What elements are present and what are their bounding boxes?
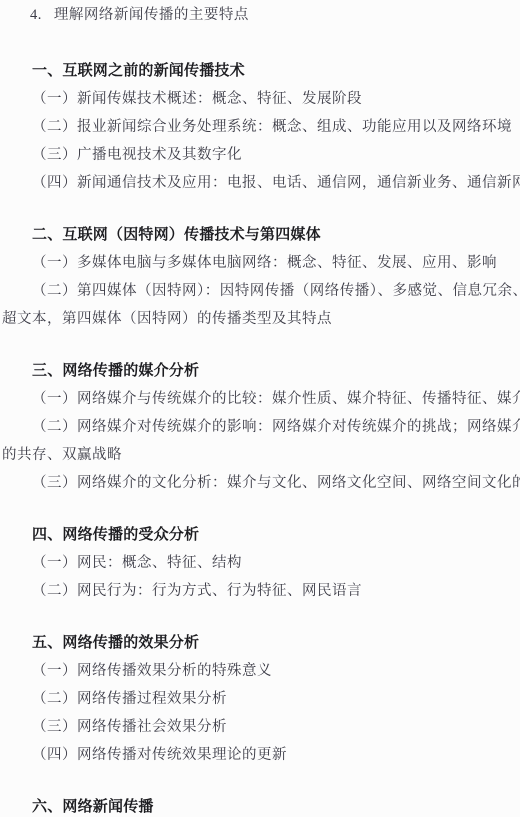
section-1-item-2: （二）报业新闻综合业务处理系统：概念、组成、功能应用以及网络环境	[0, 113, 520, 141]
section-3-title: 三、网络传播的媒介分析	[0, 357, 520, 385]
section-2-item-2-line-2: 超文本，第四媒体（因特网）的传播类型及其特点	[0, 305, 520, 333]
section-1-title: 一、互联网之前的新闻传播技术	[0, 57, 520, 85]
section-5: 五、网络传播的效果分析 （一）网络传播效果分析的特殊意义 （二）网络传播过程效果…	[0, 629, 520, 769]
section-4-item-2: （二）网民行为：行为方式、行为特征、网民语言	[0, 577, 520, 605]
section-4: 四、网络传播的受众分析 （一）网民：概念、特征、结构 （二）网民行为：行为方式、…	[0, 521, 520, 605]
section-6-title: 六、网络新闻传播	[0, 793, 520, 817]
section-5-item-3: （三）网络传播社会效果分析	[0, 713, 520, 741]
section-3: 三、网络传播的媒介分析 （一）网络媒介与传统媒介的比较：媒介性质、媒介特征、传播…	[0, 357, 520, 497]
section-3-item-1: （一）网络媒介与传统媒介的比较：媒介性质、媒介特征、传播特征、媒介功能	[0, 385, 520, 413]
intro-number: 4.	[30, 1, 42, 29]
section-1-item-1: （一）新闻传媒技术概述：概念、特征、发展阶段	[0, 85, 520, 113]
section-6: 六、网络新闻传播	[0, 793, 520, 817]
section-1-item-4: （四）新闻通信技术及应用：电报、电话、通信网，通信新业务、通信新网络	[0, 169, 520, 197]
intro-line: 4.理解网络新闻传播的主要特点	[0, 1, 520, 29]
section-2-item-2-line-1: （二）第四媒体（因特网）：因特网传播（网络传播）、多感觉、信息冗余、超媒体、	[0, 277, 520, 305]
section-3-item-2-line-2: 的共存、双赢战略	[0, 441, 520, 469]
section-3-item-3: （三）网络媒介的文化分析：媒介与文化、网络文化空间、网络空间文化的特征	[0, 469, 520, 497]
section-5-title: 五、网络传播的效果分析	[0, 629, 520, 657]
section-4-title: 四、网络传播的受众分析	[0, 521, 520, 549]
section-5-item-4: （四）网络传播对传统效果理论的更新	[0, 741, 520, 769]
document-page: 4.理解网络新闻传播的主要特点 一、互联网之前的新闻传播技术 （一）新闻传媒技术…	[0, 0, 520, 817]
section-1: 一、互联网之前的新闻传播技术 （一）新闻传媒技术概述：概念、特征、发展阶段 （二…	[0, 57, 520, 197]
section-2: 二、互联网（因特网）传播技术与第四媒体 （一）多媒体电脑与多媒体电脑网络：概念、…	[0, 221, 520, 333]
section-2-title: 二、互联网（因特网）传播技术与第四媒体	[0, 221, 520, 249]
intro-text: 理解网络新闻传播的主要特点	[54, 7, 249, 23]
section-5-item-2: （二）网络传播过程效果分析	[0, 685, 520, 713]
section-1-item-3: （三）广播电视技术及其数字化	[0, 141, 520, 169]
section-2-item-1: （一）多媒体电脑与多媒体电脑网络：概念、特征、发展、应用、影响	[0, 249, 520, 277]
section-3-item-2-line-1: （二）网络媒介对传统媒介的影响：网络媒介对传统媒介的挑战；网络媒介与传统媒介	[0, 413, 520, 441]
section-4-item-1: （一）网民：概念、特征、结构	[0, 549, 520, 577]
section-5-item-1: （一）网络传播效果分析的特殊意义	[0, 657, 520, 685]
